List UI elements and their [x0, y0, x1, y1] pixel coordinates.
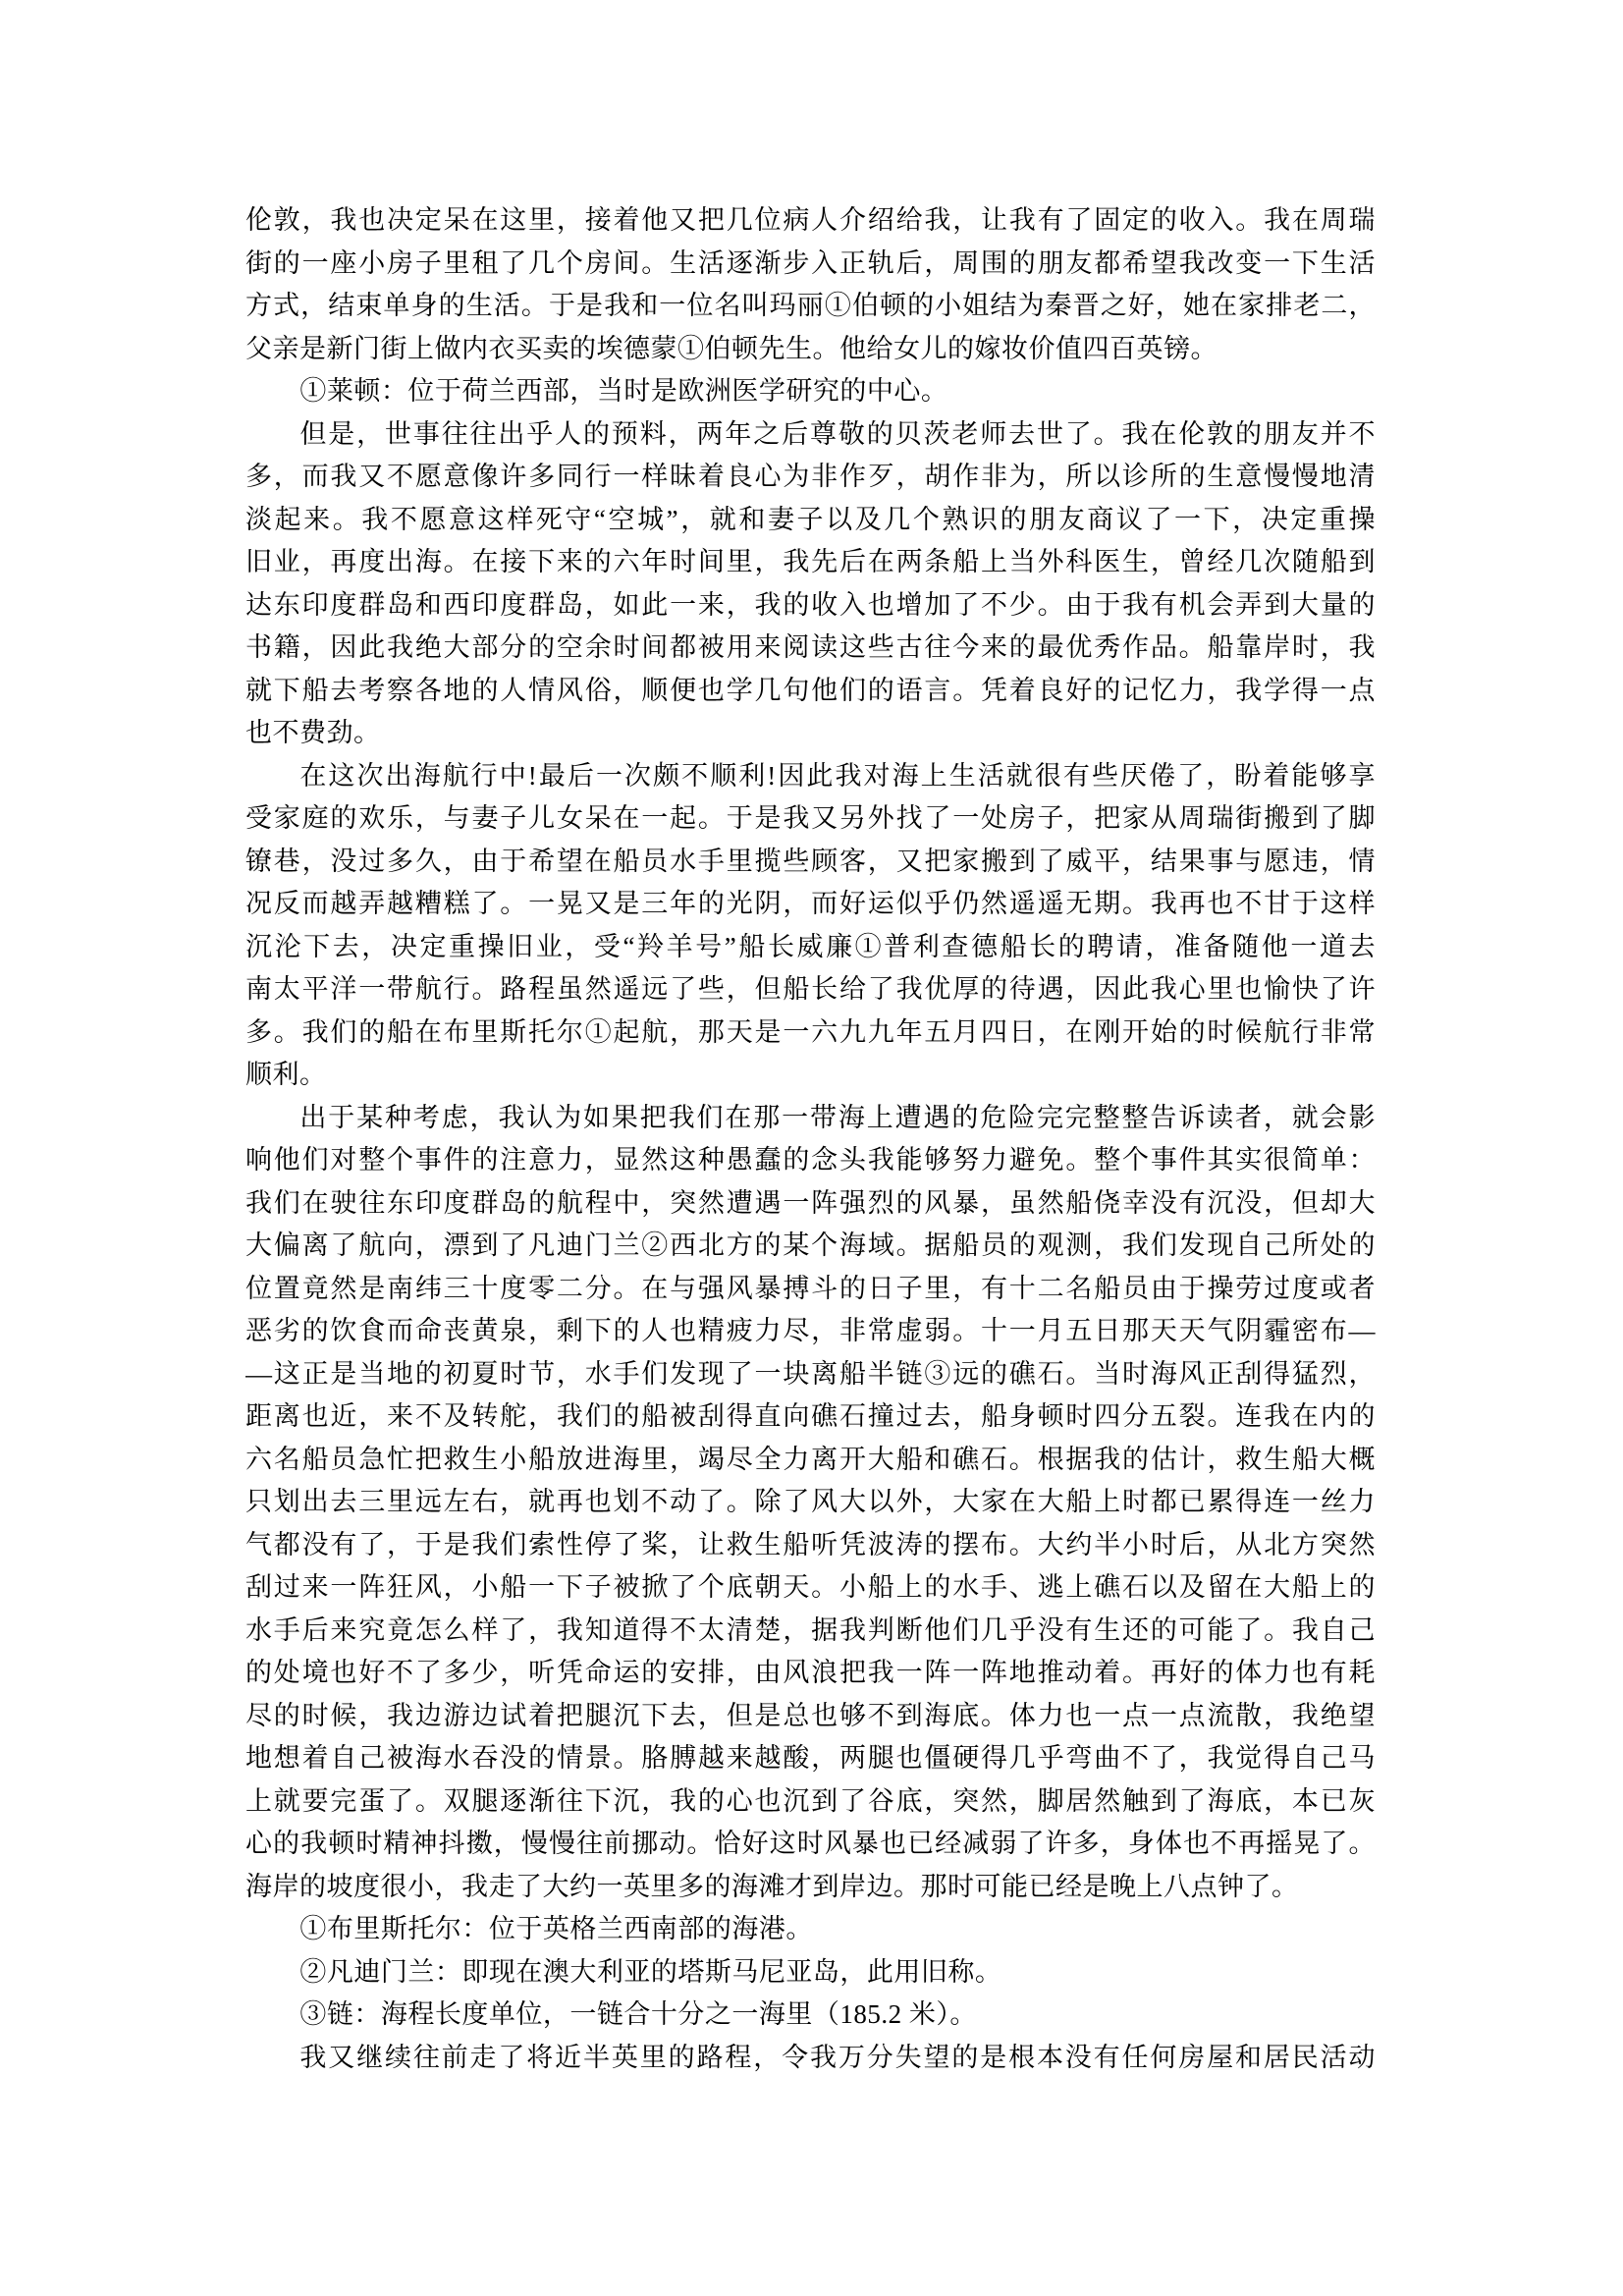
text-line: 父亲是新门街上做内衣买卖的埃德蒙①伯顿先生。他给女儿的嫁妆价值四百英镑。 [245, 328, 1376, 371]
text-line: 六名船员急忙把救生小船放进海里，竭尽全力离开大船和礁石。根据我的估计，救生船大概 [245, 1439, 1376, 1482]
text-line: 出于某种考虑，我认为如果把我们在那一带海上遭遇的危险完完整整告诉读者，就会影 [245, 1097, 1376, 1140]
text-line: 我们在驶往东印度群岛的航程中，突然遭遇一阵强烈的风暴，虽然船侥幸没有沉没，但却大 [245, 1182, 1376, 1226]
text-line: 只划出去三里远左右，就再也划不动了。除了风大以外，大家在大船上时都已累得连一丝力 [245, 1481, 1376, 1524]
text-line: 街的一座小房子里租了几个房间。生活逐渐步入正轨后，周围的朋友都希望我改变一下生活 [245, 243, 1376, 286]
text-line: 就下船去考察各地的人情风俗，顺便也学几句他们的语言。凭着良好的记忆力，我学得一点 [245, 670, 1376, 713]
text-line: 恶劣的饮食而命丧黄泉，剩下的人也精疲力尽，非常虚弱。十一月五日那天天气阴霾密布— [245, 1310, 1376, 1353]
text-line: 但是，世事往往出乎人的预料，两年之后尊敬的贝茨老师去世了。我在伦敦的朋友并不 [245, 413, 1376, 457]
text-line: 刮过来一阵狂风，小船一下子被掀了个底朝天。小船上的水手、逃上礁石以及留在大船上的 [245, 1566, 1376, 1610]
text-line: 气都没有了，于是我们索性停了桨，让救生船听凭波涛的摆布。大约半小时后，从北方突然 [245, 1524, 1376, 1567]
text-line: 顺利。 [245, 1054, 1376, 1097]
text-line: ①布里斯托尔：位于英格兰西南部的海港。 [245, 1908, 1376, 1951]
text-line: 镣巷，没过多久，由于希望在船员水手里揽些顾客，又把家搬到了威平，结果事与愿违，情 [245, 841, 1376, 884]
text-line: 伦敦，我也决定呆在这里，接着他又把几位病人介绍给我，让我有了固定的收入。我在周瑞 [245, 199, 1376, 243]
text-line: 受家庭的欢乐，与妻子儿女呆在一起。于是我又另外找了一处房子，把家从周瑞街搬到了脚 [245, 797, 1376, 841]
text-line: 沉沦下去，决定重操旧业，受“羚羊号”船长威廉①普利查德船长的聘请，准备随他一道去 [245, 926, 1376, 969]
text-line: 也不费劲。 [245, 712, 1376, 755]
text-line: 方式，结束单身的生活。于是我和一位名叫玛丽①伯顿的小姐结为秦晋之好，她在家排老二… [245, 285, 1376, 328]
text-line: 尽的时候，我边游边试着把腿沉下去，但是总也够不到海底。体力也一点一点流散，我绝望 [245, 1695, 1376, 1738]
text-line: 上就要完蛋了。双腿逐渐往下沉，我的心也沉到了谷底，突然，脚居然触到了海底，本已灰 [245, 1780, 1376, 1824]
text-line: —这正是当地的初夏时节，水手们发现了一块离船半链③远的礁石。当时海风正刮得猛烈， [245, 1353, 1376, 1396]
text-line: 响他们对整个事件的注意力，显然这种愚蠢的念头我能够努力避免。整个事件其实很简单： [245, 1139, 1376, 1182]
text-line: 海岸的坡度很小，我走了大约一英里多的海滩才到岸边。那时可能已经是晚上八点钟了。 [245, 1866, 1376, 1909]
text-line: 水手后来究竟怎么样了，我知道得不太清楚，据我判断他们几乎没有生还的可能了。我自己 [245, 1610, 1376, 1653]
text-block: 伦敦，我也决定呆在这里，接着他又把几位病人介绍给我，让我有了固定的收入。我在周瑞… [245, 199, 1376, 2079]
document-page: 伦敦，我也决定呆在这里，接着他又把几位病人介绍给我，让我有了固定的收入。我在周瑞… [0, 0, 1623, 2296]
text-line: 距离也近，来不及转舵，我们的船被刮得直向礁石撞过去，船身顿时四分五裂。连我在内的 [245, 1395, 1376, 1439]
text-line: 心的我顿时精神抖擞，慢慢往前挪动。恰好这时风暴也已经减弱了许多，身体也不再摇晃了… [245, 1823, 1376, 1866]
text-line: 达东印度群岛和西印度群岛，如此一来，我的收入也增加了不少。由于我有机会弄到大量的 [245, 584, 1376, 628]
text-line: 况反而越弄越糟糕了。一晃又是三年的光阴，而好运似乎仍然遥遥无期。我再也不甘于这样 [245, 883, 1376, 926]
text-line: ②凡迪门兰：即现在澳大利亚的塔斯马尼亚岛，此用旧称。 [245, 1951, 1376, 1995]
text-line: 多，而我又不愿意像许多同行一样昧着良心为非作歹，胡作非为，所以诊所的生意慢慢地清 [245, 456, 1376, 499]
text-line: ①莱顿：位于荷兰西部，当时是欧洲医学研究的中心。 [245, 370, 1376, 413]
text-line: 地想着自己被海水吞没的情景。胳膊越来越酸，两腿也僵硬得几乎弯曲不了，我觉得自己马 [245, 1737, 1376, 1780]
text-line: 在这次出海航行中!最后一次颇不顺利!因此我对海上生活就很有些厌倦了，盼着能够享 [245, 755, 1376, 798]
text-line: 大偏离了航向，漂到了凡迪门兰②西北方的某个海域。据船员的观测，我们发现自己所处的 [245, 1225, 1376, 1268]
text-line: 旧业，再度出海。在接下来的六年时间里，我先后在两条船上当外科医生，曾经几次随船到 [245, 541, 1376, 584]
text-line: 我又继续往前走了将近半英里的路程，令我万分失望的是根本没有任何房屋和居民活动 [245, 2037, 1376, 2080]
text-line: 的处境也好不了多少，听凭命运的安排，由风浪把我一阵一阵地推动着。再好的体力也有耗 [245, 1652, 1376, 1695]
text-line: 位置竟然是南纬三十度零二分。在与强风暴搏斗的日子里，有十二名船员由于操劳过度或者 [245, 1268, 1376, 1311]
text-line: 淡起来。我不愿意这样死守“空城”，就和妻子以及几个熟识的朋友商议了一下，决定重操 [245, 499, 1376, 542]
text-line: 书籍，因此我绝大部分的空余时间都被用来阅读这些古往今来的最优秀作品。船靠岸时，我 [245, 627, 1376, 670]
text-line: 多。我们的船在布里斯托尔①起航，那天是一六九九年五月四日，在刚开始的时候航行非常 [245, 1011, 1376, 1055]
text-line: 南太平洋一带航行。路程虽然遥远了些，但船长给了我优厚的待遇，因此我心里也愉快了许 [245, 968, 1376, 1011]
text-line: ③链：海程长度单位，一链合十分之一海里（185.2 米）。 [245, 1994, 1376, 2037]
